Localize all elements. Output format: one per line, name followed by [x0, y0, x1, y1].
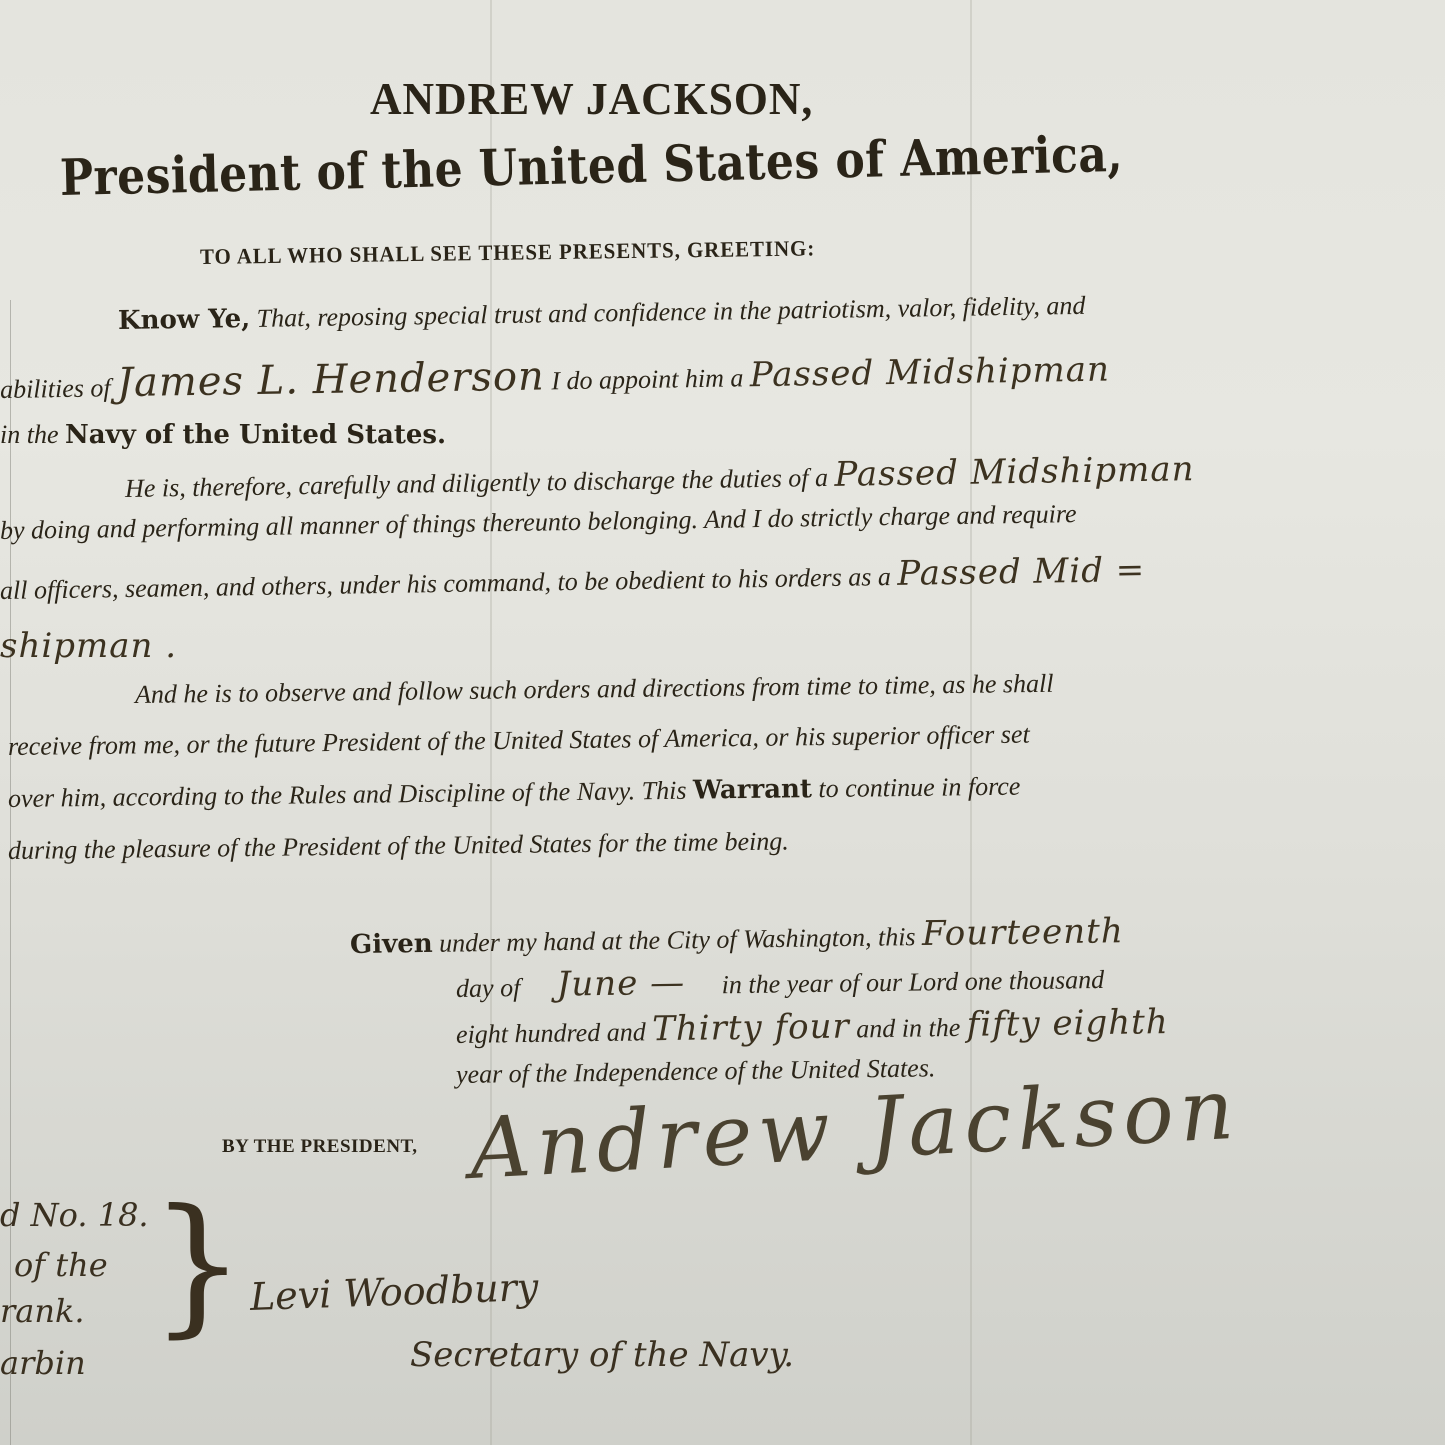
- by-the-president: BY THE PRESIDENT,: [222, 1136, 418, 1158]
- given-word: Given: [350, 929, 433, 960]
- text: over him, according to the Rules and Dis…: [8, 776, 687, 813]
- margin-note-line4: arbin: [0, 1344, 86, 1382]
- text: under my hand at the City of Washington,…: [439, 922, 916, 958]
- independence-year-handwritten: fifty eighth: [966, 1002, 1168, 1045]
- para1-line2: abilities of James L. Henderson I do app…: [0, 345, 1110, 408]
- para1-line1: Know Ye, That, reposing special trust an…: [118, 291, 1086, 336]
- para2-line3: all officers, seamen, and others, under …: [0, 550, 1146, 608]
- para2-line1: He is, therefore, carefully and diligent…: [125, 449, 1195, 506]
- secretary-signature: Levi Woodbury: [249, 1265, 539, 1319]
- appointee-name: James L. Henderson: [117, 353, 545, 406]
- rank-handwritten: Passed Mid =: [897, 550, 1146, 594]
- margin-note-line1: d No. 18.: [0, 1196, 149, 1234]
- header-greeting: TO ALL WHO SHALL SEE THESE PRESENTS, GRE…: [200, 235, 815, 270]
- para3-line1: And he is to observe and follow such ord…: [135, 669, 1054, 710]
- rank-handwritten: Passed Midshipman: [750, 350, 1111, 396]
- margin-note-line3: rank.: [0, 1292, 85, 1330]
- para1-line3: in the Navy of the United States.: [0, 420, 446, 450]
- para3-line4: during the pleasure of the President of …: [8, 826, 789, 866]
- text: to continue in force: [818, 772, 1020, 803]
- text: eight hundred and: [456, 1017, 646, 1049]
- given-line2: day of June — in the year of our Lord on…: [456, 957, 1105, 1006]
- given-line1: Given under my hand at the City of Washi…: [350, 911, 1124, 962]
- margin-note-line2: of the: [14, 1246, 108, 1284]
- given-line3: eight hundred and Thirty four and in the…: [456, 1002, 1169, 1052]
- brace-icon: }: [150, 1190, 245, 1340]
- text: That, reposing special trust and confide…: [256, 291, 1085, 333]
- para2-line2: by doing and performing all manner of th…: [0, 499, 1077, 546]
- text: and in the: [856, 1013, 960, 1043]
- warrant-word: Warrant: [693, 774, 812, 805]
- text: I do appoint him a: [551, 363, 744, 395]
- year-handwritten: Thirty four: [652, 1007, 850, 1050]
- text: in the year of our Lord one thousand: [721, 965, 1104, 999]
- paper-fold: [490, 0, 492, 1445]
- rank-handwritten: Passed Midshipman: [834, 449, 1195, 495]
- know-ye: Know Ye,: [118, 304, 251, 336]
- text: He is, therefore, carefully and diligent…: [125, 463, 828, 503]
- day-handwritten: Fourteenth: [922, 911, 1124, 954]
- rank-handwritten-continued: shipman .: [0, 626, 177, 666]
- month-handwritten: June —: [556, 963, 685, 1005]
- text: in the: [0, 420, 59, 449]
- secretary-title: Secretary of the Navy.: [410, 1335, 794, 1375]
- para3-line3: over him, according to the Rules and Dis…: [8, 772, 1021, 814]
- service-name: Navy of the United States.: [65, 420, 446, 450]
- paper-edge: [10, 300, 11, 1445]
- para3-line2: receive from me, or the future President…: [8, 720, 1030, 762]
- text: all officers, seamen, and others, under …: [0, 562, 891, 605]
- header-title: President of the United States of Americ…: [59, 124, 1123, 207]
- text: day of: [456, 973, 521, 1003]
- header-name: ANDREW JACKSON,: [370, 72, 813, 125]
- text: abilities of: [0, 373, 111, 404]
